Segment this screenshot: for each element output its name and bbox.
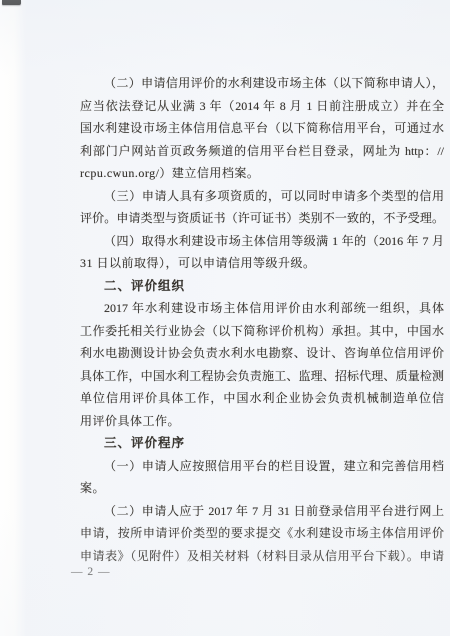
scan-artifact-mark <box>2 0 21 5</box>
document-line: 31 日以前取得），可以申请信用等级升级。 <box>80 252 444 275</box>
document-line: 国水利建设市场主体信用信息平台（以下简称信用平台，可通过水 <box>80 117 444 140</box>
document-line: 申请表》（见附件）及相关材料（材料目录从信用平台下载）。申请 <box>80 545 444 568</box>
document-line: （三）申请人具有多项资质的，可以同时申请多个类型的信用 <box>80 185 444 208</box>
document-line: （四）取得水利建设市场主体信用等级满 1 年的（2016 年 7 月 <box>80 230 444 253</box>
scanned-document-page: （二）申请信用评价的水利建设市场主体（以下简称申请人），应当依法登记从业满 3 … <box>0 0 450 636</box>
document-line: 利水电勘测设计协会负责水利水电勘察、设计、咨询单位信用评价 <box>80 342 444 365</box>
document-line: （二）申请人应于 2017 年 7 月 31 日前登录信用平台进行网上 <box>80 500 444 523</box>
page-number: — 2 — <box>71 565 111 579</box>
document-line: 申请，按所申请评价类型的要求提交《水利建设市场主体信用评价 <box>80 522 444 545</box>
document-lines: （二）申请信用评价的水利建设市场主体（以下简称申请人），应当依法登记从业满 3 … <box>80 72 444 567</box>
document-line: 单位信用评价具体工作，中国水利企业协会负责机械制造单位信 <box>80 387 444 410</box>
document-line: 应当依法登记从业满 3 年（2014 年 8 月 1 日前注册成立）并在全 <box>80 95 444 118</box>
document-line: 用评价具体工作。 <box>80 410 444 433</box>
document-line: 工作委托相关行业协会（以下简称评价机构）承担。其中，中国水 <box>80 320 444 343</box>
document-line: 2017 年水利建设市场主体信用评价由水利部统一组织，具体 <box>80 297 444 320</box>
section-heading: 三、评价程序 <box>80 432 444 455</box>
document-line: （二）申请信用评价的水利建设市场主体（以下简称申请人）， <box>80 72 444 95</box>
document-line: 具体工作，中国水利工程协会负责施工、监理、招标代理、质量检测 <box>80 365 444 388</box>
document-line: 案。 <box>80 477 444 500</box>
document-line: （一）申请人应按照信用平台的栏目设置，建立和完善信用档 <box>80 455 444 478</box>
document-line: rcpu.cwun.org/）建立信用档案。 <box>80 162 444 185</box>
section-heading: 二、评价组织 <box>80 275 444 298</box>
document-line: 利部门户网站首页政务频道的信用平台栏目登录，网址为 http：// <box>80 140 444 163</box>
document-line: 评价。申请类型与资质证书（许可证书）类别不一致的，不予受理。 <box>80 207 444 230</box>
